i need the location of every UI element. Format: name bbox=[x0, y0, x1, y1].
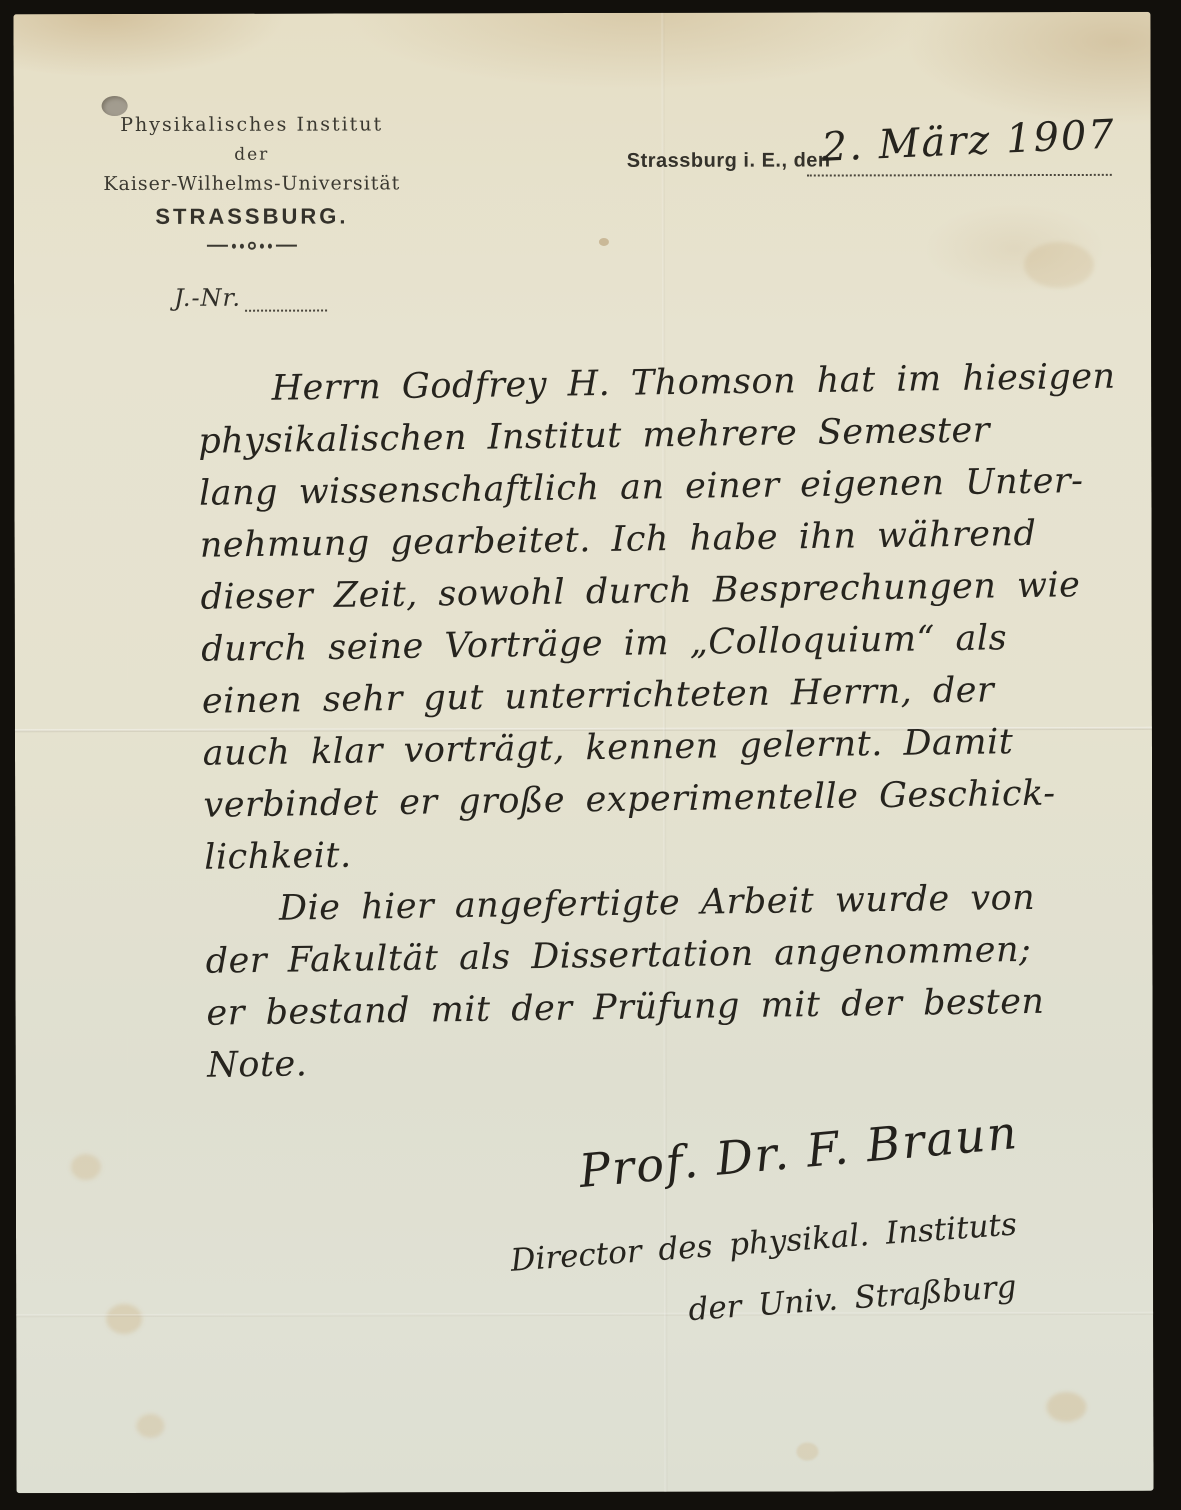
reference-number-line: J.-Nr. bbox=[174, 284, 327, 312]
paper-stain bbox=[1046, 1392, 1086, 1422]
handwritten-date: 2. März 1907 bbox=[813, 111, 1125, 171]
letterhead-city: STRASSBURG. bbox=[102, 203, 402, 230]
reference-dotted-rule bbox=[245, 286, 327, 312]
paper-stain bbox=[71, 1154, 101, 1180]
letterhead-ornament bbox=[207, 242, 297, 250]
dateline-printed-label: Strassburg i. E., den bbox=[627, 149, 831, 172]
signature-role-line1: Director des physikal. Instituts bbox=[509, 1206, 1018, 1278]
fold-crease-horizontal bbox=[16, 1312, 1153, 1317]
paper-stain bbox=[1024, 242, 1094, 288]
paper-stain bbox=[599, 238, 609, 246]
letterhead-der: der bbox=[102, 144, 402, 165]
letter-body: Herrn Godfrey H. Thomson hat im hiesigen… bbox=[197, 351, 1125, 1092]
paper-stain bbox=[106, 1304, 142, 1334]
paper-stain bbox=[796, 1443, 818, 1461]
scanned-letter-screenshot: { "letterhead": { "institute": "Physikal… bbox=[0, 0, 1181, 1510]
paper-stain bbox=[136, 1414, 164, 1438]
signature-role-line2: der Univ. Straßburg bbox=[687, 1269, 1017, 1329]
signature-name: Prof. Dr. F. Braun bbox=[572, 1105, 1025, 1199]
letterhead-institute: Physikalisches Institut bbox=[102, 113, 402, 136]
letterhead: Physikalisches Institut der Kaiser-Wilhe… bbox=[102, 113, 402, 250]
letterhead-university: Kaiser-Wilhelms-Universität bbox=[102, 172, 402, 195]
date-dotted-rule bbox=[807, 174, 1112, 177]
letter-paper: Physikalisches Institut der Kaiser-Wilhe… bbox=[13, 12, 1153, 1493]
reference-label: J.-Nr. bbox=[174, 284, 241, 312]
